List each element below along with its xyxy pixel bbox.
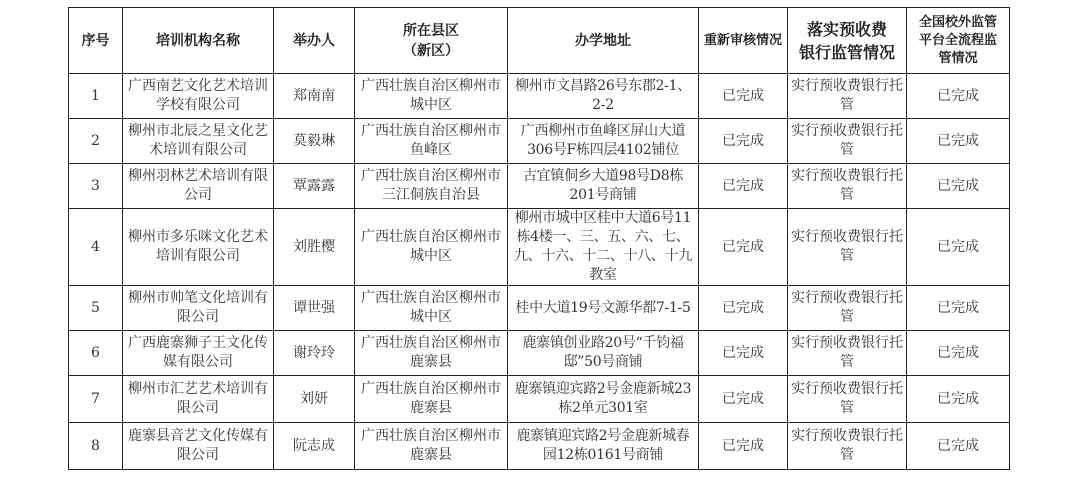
cell-institution-name: 广西南艺文化艺术培训学校有限公司 [123,74,274,119]
header-institution-name: 培训机构名称 [123,8,274,74]
table-row: 6 广西鹿寨狮子王文化传媒有限公司 谢玲玲 广西壮族自治区柳州市鹿寨县 鹿寨镇创… [69,331,1010,376]
cell-platform-supervision: 已完成 [907,164,1010,209]
cell-review-status: 已完成 [699,286,788,331]
cell-platform-supervision: 已完成 [907,423,1010,470]
cell-institution-name: 柳州市帅笔文化培训有限公司 [123,286,274,331]
table-row: 4 柳州市多乐咪文化艺术培训有限公司 刘胜樱 广西壮族自治区柳州市城中区 柳州市… [69,209,1010,286]
cell-serial-number: 3 [69,164,123,209]
cell-review-status: 已完成 [699,164,788,209]
cell-serial-number: 6 [69,331,123,376]
cell-platform-supervision: 已完成 [907,376,1010,423]
cell-serial-number: 2 [69,119,123,164]
cell-bank-supervision: 实行预收费银行托管 [788,331,907,376]
cell-address: 鹿寨镇创业路20号“千钧福邸”50号商铺 [508,331,699,376]
cell-district: 广西壮族自治区柳州市城中区 [355,209,508,286]
cell-platform-supervision: 已完成 [907,74,1010,119]
cell-district: 广西壮族自治区柳州市城中区 [355,286,508,331]
table-row: 7 柳州市汇艺艺术培训有限公司 刘妍 广西壮族自治区柳州市鹿寨县 鹿寨镇迎宾路2… [69,376,1010,423]
cell-review-status: 已完成 [699,209,788,286]
cell-institution-name: 柳州市多乐咪文化艺术培训有限公司 [123,209,274,286]
cell-bank-supervision: 实行预收费银行托管 [788,286,907,331]
cell-institution-name: 广西鹿寨狮子王文化传媒有限公司 [123,331,274,376]
cell-address: 广西柳州市鱼峰区屏山大道306号F栋四层4102铺位 [508,119,699,164]
header-review-status: 重新审核情况 [699,8,788,74]
header-district: 所在县区 （新区） [355,8,508,74]
cell-serial-number: 5 [69,286,123,331]
cell-serial-number: 7 [69,376,123,423]
cell-founder: 谢玲玲 [274,331,355,376]
cell-platform-supervision: 已完成 [907,119,1010,164]
cell-review-status: 已完成 [699,74,788,119]
cell-founder: 郑南南 [274,74,355,119]
cell-institution-name: 柳州市北辰之星文化艺术培训有限公司 [123,119,274,164]
cell-platform-supervision: 已完成 [907,331,1010,376]
cell-bank-supervision: 实行预收费银行托管 [788,164,907,209]
cell-founder: 覃露露 [274,164,355,209]
cell-founder: 莫毅琳 [274,119,355,164]
cell-review-status: 已完成 [699,423,788,470]
table-row: 5 柳州市帅笔文化培训有限公司 谭世强 广西壮族自治区柳州市城中区 桂中大道19… [69,286,1010,331]
cell-institution-name: 柳州羽林艺术培训有限公司 [123,164,274,209]
cell-founder: 刘胜樱 [274,209,355,286]
cell-platform-supervision: 已完成 [907,209,1010,286]
cell-serial-number: 8 [69,423,123,470]
table-header-row: 序号 培训机构名称 举办人 所在县区 （新区） 办学地址 重新审核情况 落实预收… [69,8,1010,74]
cell-district: 广西壮族自治区柳州市鱼峰区 [355,119,508,164]
cell-serial-number: 4 [69,209,123,286]
cell-founder: 谭世强 [274,286,355,331]
cell-bank-supervision: 实行预收费银行托管 [788,376,907,423]
header-serial-number: 序号 [69,8,123,74]
cell-review-status: 已完成 [699,331,788,376]
cell-platform-supervision: 已完成 [907,286,1010,331]
cell-district: 广西壮族自治区柳州市城中区 [355,74,508,119]
cell-address: 鹿寨镇迎宾路2号金鹿新城23栋2单元301室 [508,376,699,423]
cell-address: 柳州市城中区桂中大道6号11栋4楼一、三、五、六、七、九、十六、十二、十八、十九… [508,209,699,286]
cell-institution-name: 柳州市汇艺艺术培训有限公司 [123,376,274,423]
cell-founder: 刘妍 [274,376,355,423]
cell-founder: 阮志成 [274,423,355,470]
table-row: 8 鹿寨县音艺文化传媒有限公司 阮志成 广西壮族自治区柳州市鹿寨县 鹿寨镇迎宾路… [69,423,1010,470]
cell-district: 广西壮族自治区柳州市鹿寨县 [355,376,508,423]
header-address: 办学地址 [508,8,699,74]
header-founder: 举办人 [274,8,355,74]
cell-district: 广西壮族自治区柳州市三江侗族自治县 [355,164,508,209]
cell-bank-supervision: 实行预收费银行托管 [788,423,907,470]
cell-review-status: 已完成 [699,119,788,164]
header-platform-supervision: 全国校外监管 平台全流程监 管情况 [907,8,1010,74]
table-row: 2 柳州市北辰之星文化艺术培训有限公司 莫毅琳 广西壮族自治区柳州市鱼峰区 广西… [69,119,1010,164]
cell-review-status: 已完成 [699,376,788,423]
training-institutions-table: 序号 培训机构名称 举办人 所在县区 （新区） 办学地址 重新审核情况 落实预收… [68,7,1010,470]
cell-address: 柳州市文昌路26号东郡2-1、2-2 [508,74,699,119]
table-row: 1 广西南艺文化艺术培训学校有限公司 郑南南 广西壮族自治区柳州市城中区 柳州市… [69,74,1010,119]
cell-address: 桂中大道19号文源华都7-1-5 [508,286,699,331]
cell-bank-supervision: 实行预收费银行托管 [788,209,907,286]
header-bank-supervision: 落实预收费 银行监管情况 [788,8,907,74]
cell-district: 广西壮族自治区柳州市鹿寨县 [355,331,508,376]
cell-serial-number: 1 [69,74,123,119]
cell-address: 鹿寨镇迎宾路2号金鹿新城春园12栋0161号商铺 [508,423,699,470]
table-row: 3 柳州羽林艺术培训有限公司 覃露露 广西壮族自治区柳州市三江侗族自治县 古宜镇… [69,164,1010,209]
cell-address: 古宜镇侗乡大道98号D8栋201号商铺 [508,164,699,209]
cell-bank-supervision: 实行预收费银行托管 [788,74,907,119]
cell-institution-name: 鹿寨县音艺文化传媒有限公司 [123,423,274,470]
cell-district: 广西壮族自治区柳州市鹿寨县 [355,423,508,470]
cell-bank-supervision: 实行预收费银行托管 [788,119,907,164]
